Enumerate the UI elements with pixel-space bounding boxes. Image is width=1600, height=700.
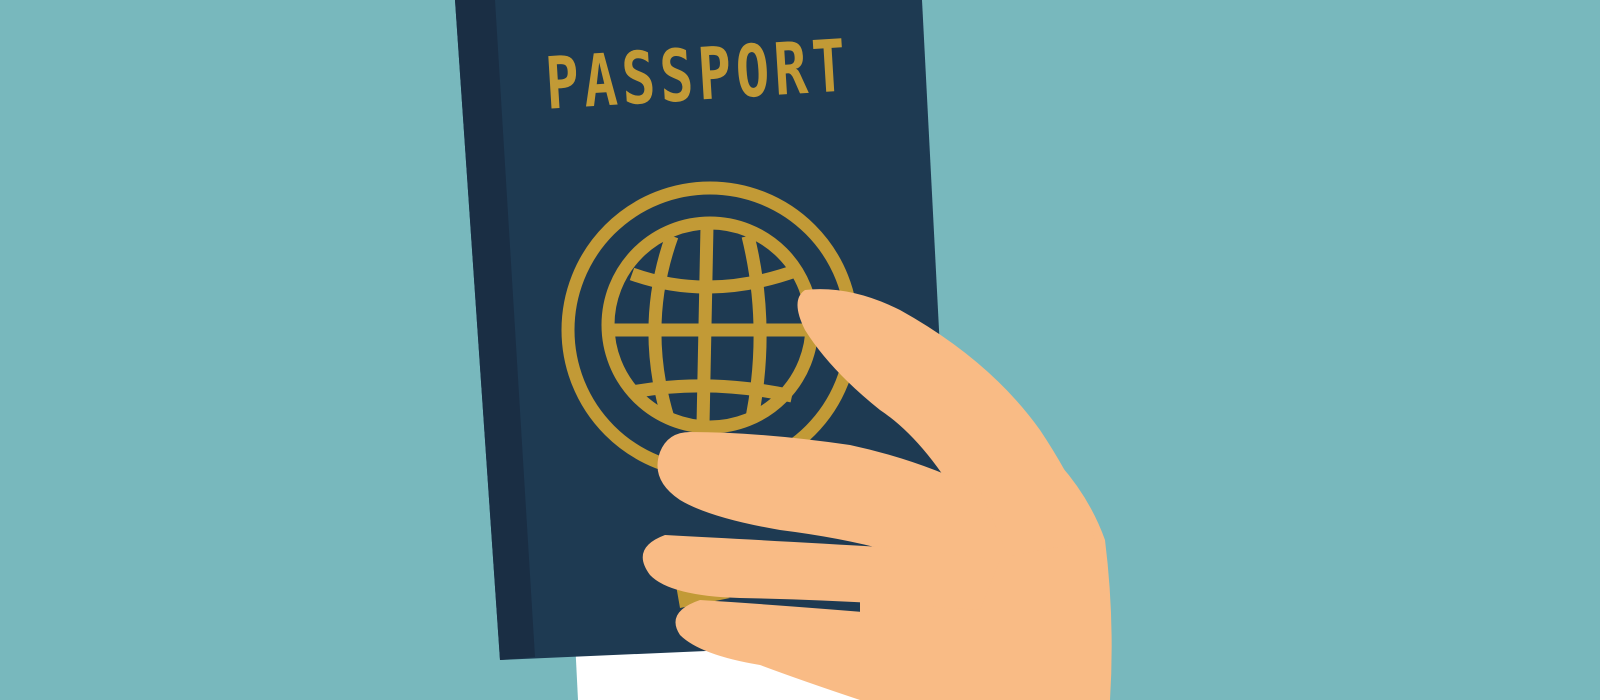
passport-illustration: PASSPORT xyxy=(0,0,1600,700)
